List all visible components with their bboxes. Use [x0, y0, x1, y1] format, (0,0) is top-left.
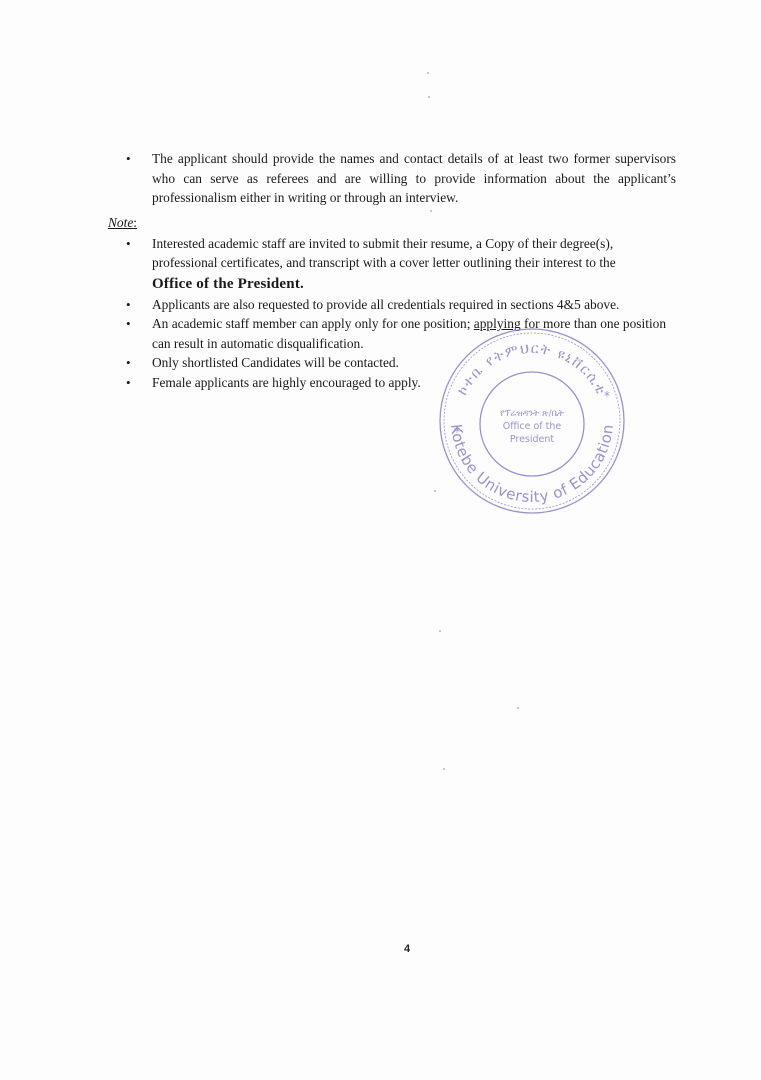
bullet-icon: • — [126, 373, 131, 393]
referee-requirement-item: • The applicant should provide the names… — [108, 149, 676, 208]
note-item-submission: • Interested academic staff are invited … — [108, 234, 676, 295]
scan-speck — [439, 630, 441, 632]
scan-speck — [428, 96, 430, 98]
scan-speck — [430, 210, 432, 212]
note-item-credentials: • Applicants are also requested to provi… — [108, 295, 676, 315]
scan-speck — [427, 72, 429, 74]
bullet-icon: • — [126, 295, 131, 315]
bullet-icon: • — [126, 149, 131, 169]
note-item-text: Female applicants are highly encouraged … — [152, 375, 421, 390]
office-of-president-label: Office of the President. — [152, 273, 676, 295]
note-item-text: Only shortlisted Candidates will be cont… — [152, 355, 399, 370]
note-item-text-before: An academic staff member can apply only … — [152, 316, 474, 331]
bullet-icon: • — [126, 353, 131, 373]
page-number: 4 — [404, 943, 410, 955]
scan-speck — [434, 490, 436, 492]
office-name: Office of the President — [152, 276, 300, 292]
note-label-text: Note — [108, 215, 133, 230]
note-heading: Note: — [108, 213, 676, 232]
stamp-inner-president: President — [510, 434, 555, 445]
referee-requirement-text: The applicant should provide the names a… — [152, 151, 676, 205]
stamp-inner-amharic: የፕሬዝዳንት ጽ/ቤት — [500, 409, 564, 419]
note-item-text: Applicants are also requested to provide… — [152, 297, 619, 312]
bullet-icon: • — [126, 234, 131, 254]
referee-requirement-list: • The applicant should provide the names… — [108, 149, 676, 208]
bullet-icon: • — [126, 314, 131, 334]
scan-speck — [443, 768, 445, 770]
note-colon: : — [133, 215, 137, 230]
official-stamp: ኮተቤ የትምህርት ዩኒቨርሲቲ Kotebe University of E… — [437, 326, 627, 516]
scan-speck — [517, 707, 519, 709]
note-item-text: Interested academic staff are invited to… — [152, 236, 616, 271]
stamp-star-left-icon: * — [454, 425, 460, 439]
document-page: • The applicant should provide the names… — [0, 0, 761, 1080]
stamp-star-right-icon: * — [604, 389, 610, 403]
stamp-inner-office: Office of the — [503, 421, 562, 432]
stamp-top-arc-text: ኮተቤ የትምህርት ዩኒቨርሲቲ — [455, 341, 610, 398]
office-punct: . — [300, 276, 304, 292]
